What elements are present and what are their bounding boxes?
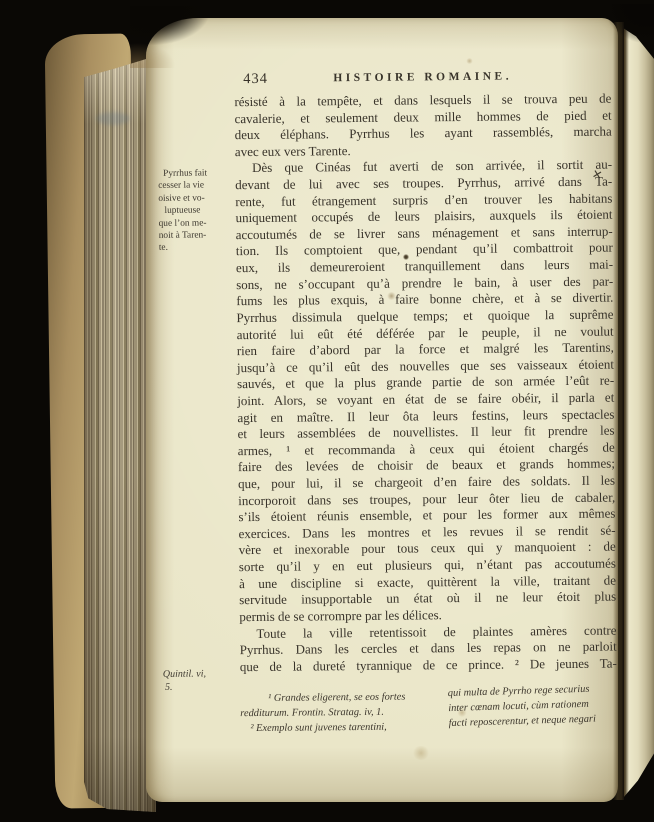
paragraph-2: Dès que Cinéas fut averti de son arrivée… [235, 157, 616, 626]
text-line: oisive et vo- [158, 192, 234, 205]
text-line: Pyrrhus fait [158, 167, 234, 180]
text-line: noit à Taren- [159, 229, 235, 242]
text-line: te. [159, 242, 235, 255]
text-line: 5. [163, 680, 239, 694]
pencil-smudge [96, 112, 130, 125]
page-content: 434 HISTOIRE ROMAINE. Pyrrhus faitcesser… [143, 16, 623, 804]
text-line: que de la dureté tyrannique de ce prince… [240, 655, 617, 675]
text-line: Quintil. vi, [163, 667, 239, 681]
running-header: HISTOIRE ROMAINE. [234, 70, 611, 86]
text-line: cesser la vie [158, 180, 234, 193]
page-header: 434 HISTOIRE ROMAINE. [143, 68, 615, 91]
margin-note-quintilian-reference: Quintil. vi,5. [163, 667, 239, 694]
text-line: que l’on me- [159, 217, 235, 230]
text-line: ² Exemplo sunt juvenes tarentini, [240, 720, 438, 737]
paragraph-3: Toute la ville retentissoit de plaintes … [239, 622, 616, 675]
book-scan: 434 HISTOIRE ROMAINE. Pyrrhus faitcesser… [0, 0, 654, 822]
footnotes: ¹ Grandes eligerent, se eos fortesreddit… [240, 688, 620, 692]
body-text: résisté à la tempête, et dans lesquels i… [234, 91, 617, 676]
margin-note-pyrrhus: Pyrrhus faitcesser la vieoisive et vo-lu… [158, 167, 235, 255]
text-line: luptueuse [158, 204, 234, 217]
footnote-column-right: qui multa de Pyrrho rege securiusinter c… [448, 680, 633, 731]
footnote-column-left: ¹ Grandes eligerent, se eos fortesreddit… [240, 689, 438, 737]
paragraph-1: résisté à la tempête, et dans lesquels i… [234, 91, 612, 161]
